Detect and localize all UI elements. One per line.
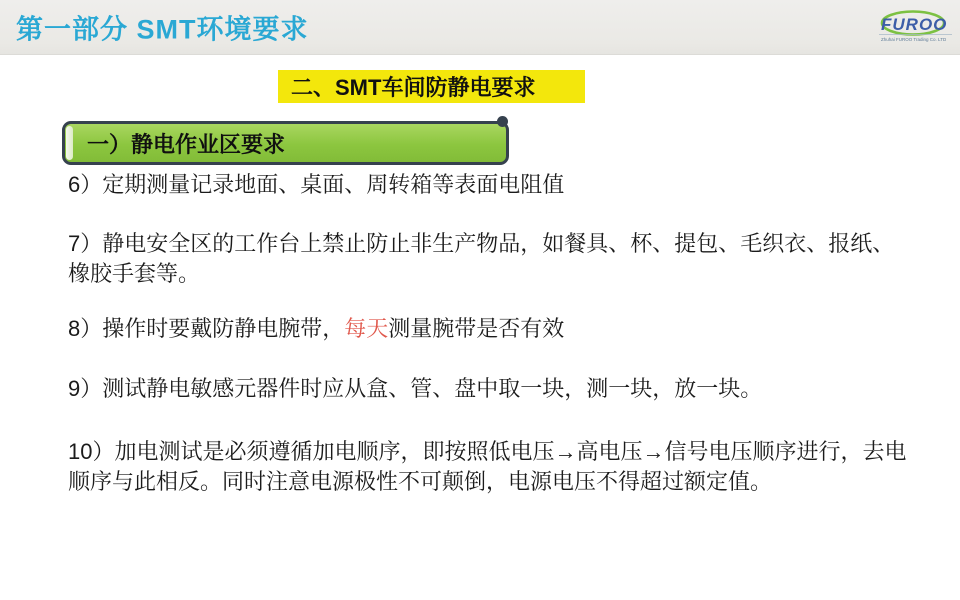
logo-graphic: FUROO Zhuhai FUROO Trading Co. LTD bbox=[864, 8, 956, 52]
item-text: 8）操作时要戴防静电腕带， bbox=[68, 316, 344, 341]
requirement-item-10: 10）加电测试是必须遵循加电顺序，即按照低电压→高电压→信号电压顺序进行，去电顺… bbox=[68, 437, 910, 497]
slide-header-bar: 第一部分 SMT环境要求 FUROO Zhuhai FUROO Trading … bbox=[0, 0, 960, 55]
subsection-title-text: 一）静电作业区要求 bbox=[87, 128, 285, 159]
section-title-text: 二、SMT车间防静电要求 bbox=[291, 71, 535, 102]
subsection-banner: 一）静电作业区要求 bbox=[62, 121, 509, 165]
requirement-item-8: 8）操作时要戴防静电腕带，每天测量腕带是否有效 bbox=[68, 314, 910, 344]
item-text-highlight: 每天 bbox=[344, 316, 388, 341]
item-text: 7）静电安全区的工作台上禁止防止非生产物品，如餐具、杯、提包、毛织衣、报纸、橡胶… bbox=[68, 231, 894, 286]
presentation-slide: 第一部分 SMT环境要求 FUROO Zhuhai FUROO Trading … bbox=[0, 0, 960, 600]
item-text: 9）测试静电敏感元器件时应从盒、管、盘中取一块，测一块，放一块。 bbox=[68, 376, 762, 401]
requirement-item-9: 9）测试静电敏感元器件时应从盒、管、盘中取一块，测一块，放一块。 bbox=[68, 374, 910, 404]
item-text: 6）定期测量记录地面、桌面、周转箱等表面电阻值 bbox=[68, 172, 564, 197]
section-title-box: 二、SMT车间防静电要求 bbox=[278, 70, 585, 103]
requirement-item-6: 6）定期测量记录地面、桌面、周转箱等表面电阻值 bbox=[68, 170, 910, 200]
item-text: 10）加电测试是必须遵循加电顺序，即按照低电压→高电压→信号电压顺序进行，去电顺… bbox=[68, 439, 906, 494]
banner-corner-curl bbox=[497, 116, 508, 127]
requirement-item-7: 7）静电安全区的工作台上禁止防止非生产物品，如餐具、杯、提包、毛织衣、报纸、橡胶… bbox=[68, 229, 910, 289]
company-logo: FUROO Zhuhai FUROO Trading Co. LTD bbox=[864, 8, 956, 52]
logo-wordmark: FUROO bbox=[881, 15, 947, 34]
item-text: 测量腕带是否有效 bbox=[388, 316, 564, 341]
logo-tagline: Zhuhai FUROO Trading Co. LTD bbox=[881, 37, 947, 42]
section-header-title: 第一部分 SMT环境要求 bbox=[16, 8, 309, 47]
banner-left-highlight bbox=[66, 126, 73, 160]
